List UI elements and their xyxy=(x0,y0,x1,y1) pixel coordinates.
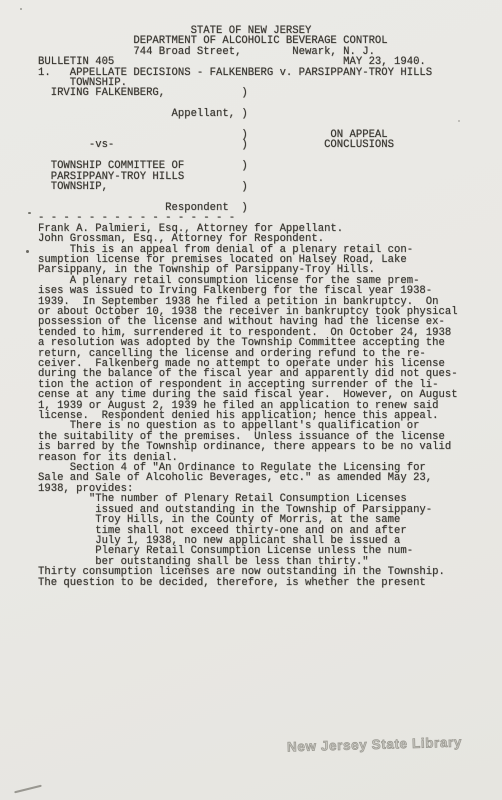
ordinance-quote: "The number of Plenary Retail Consumptio… xyxy=(38,494,502,567)
paragraph-intro: This is an appeal from denial of a plena… xyxy=(38,245,502,276)
scan-speck xyxy=(28,212,31,214)
case-heading: 1. APPELLATE DECISIONS - FALKENBERG v. P… xyxy=(38,68,502,89)
library-stamp: New Jersey State Library xyxy=(287,735,462,755)
letterhead: STATE OF NEW JERSEY DEPARTMENT OF ALCOHO… xyxy=(38,26,502,57)
scan-speck xyxy=(26,250,29,253)
document-page: STATE OF NEW JERSEY DEPARTMENT OF ALCOHO… xyxy=(0,0,502,800)
document-body: STATE OF NEW JERSEY DEPARTMENT OF ALCOHO… xyxy=(38,26,502,588)
scan-speck xyxy=(458,120,460,122)
paragraph-history: A plenary retail consumption license for… xyxy=(38,276,502,422)
paragraph-ordinance-intro: Section 4 of "An Ordinance to Regulate t… xyxy=(38,463,502,494)
pencil-mark xyxy=(14,785,42,794)
case-caption: IRVING FALKENBERG, ) Appellant, ) ) ON A… xyxy=(38,88,502,223)
scan-speck xyxy=(20,8,22,10)
paragraph-closing: Thirty consumption licenses are now outs… xyxy=(38,567,502,588)
attorneys-of-record: Frank A. Palmieri, Esq., Attorney for Ap… xyxy=(38,224,502,245)
paragraph-qualification: There is no question as to appellant's q… xyxy=(38,421,502,463)
